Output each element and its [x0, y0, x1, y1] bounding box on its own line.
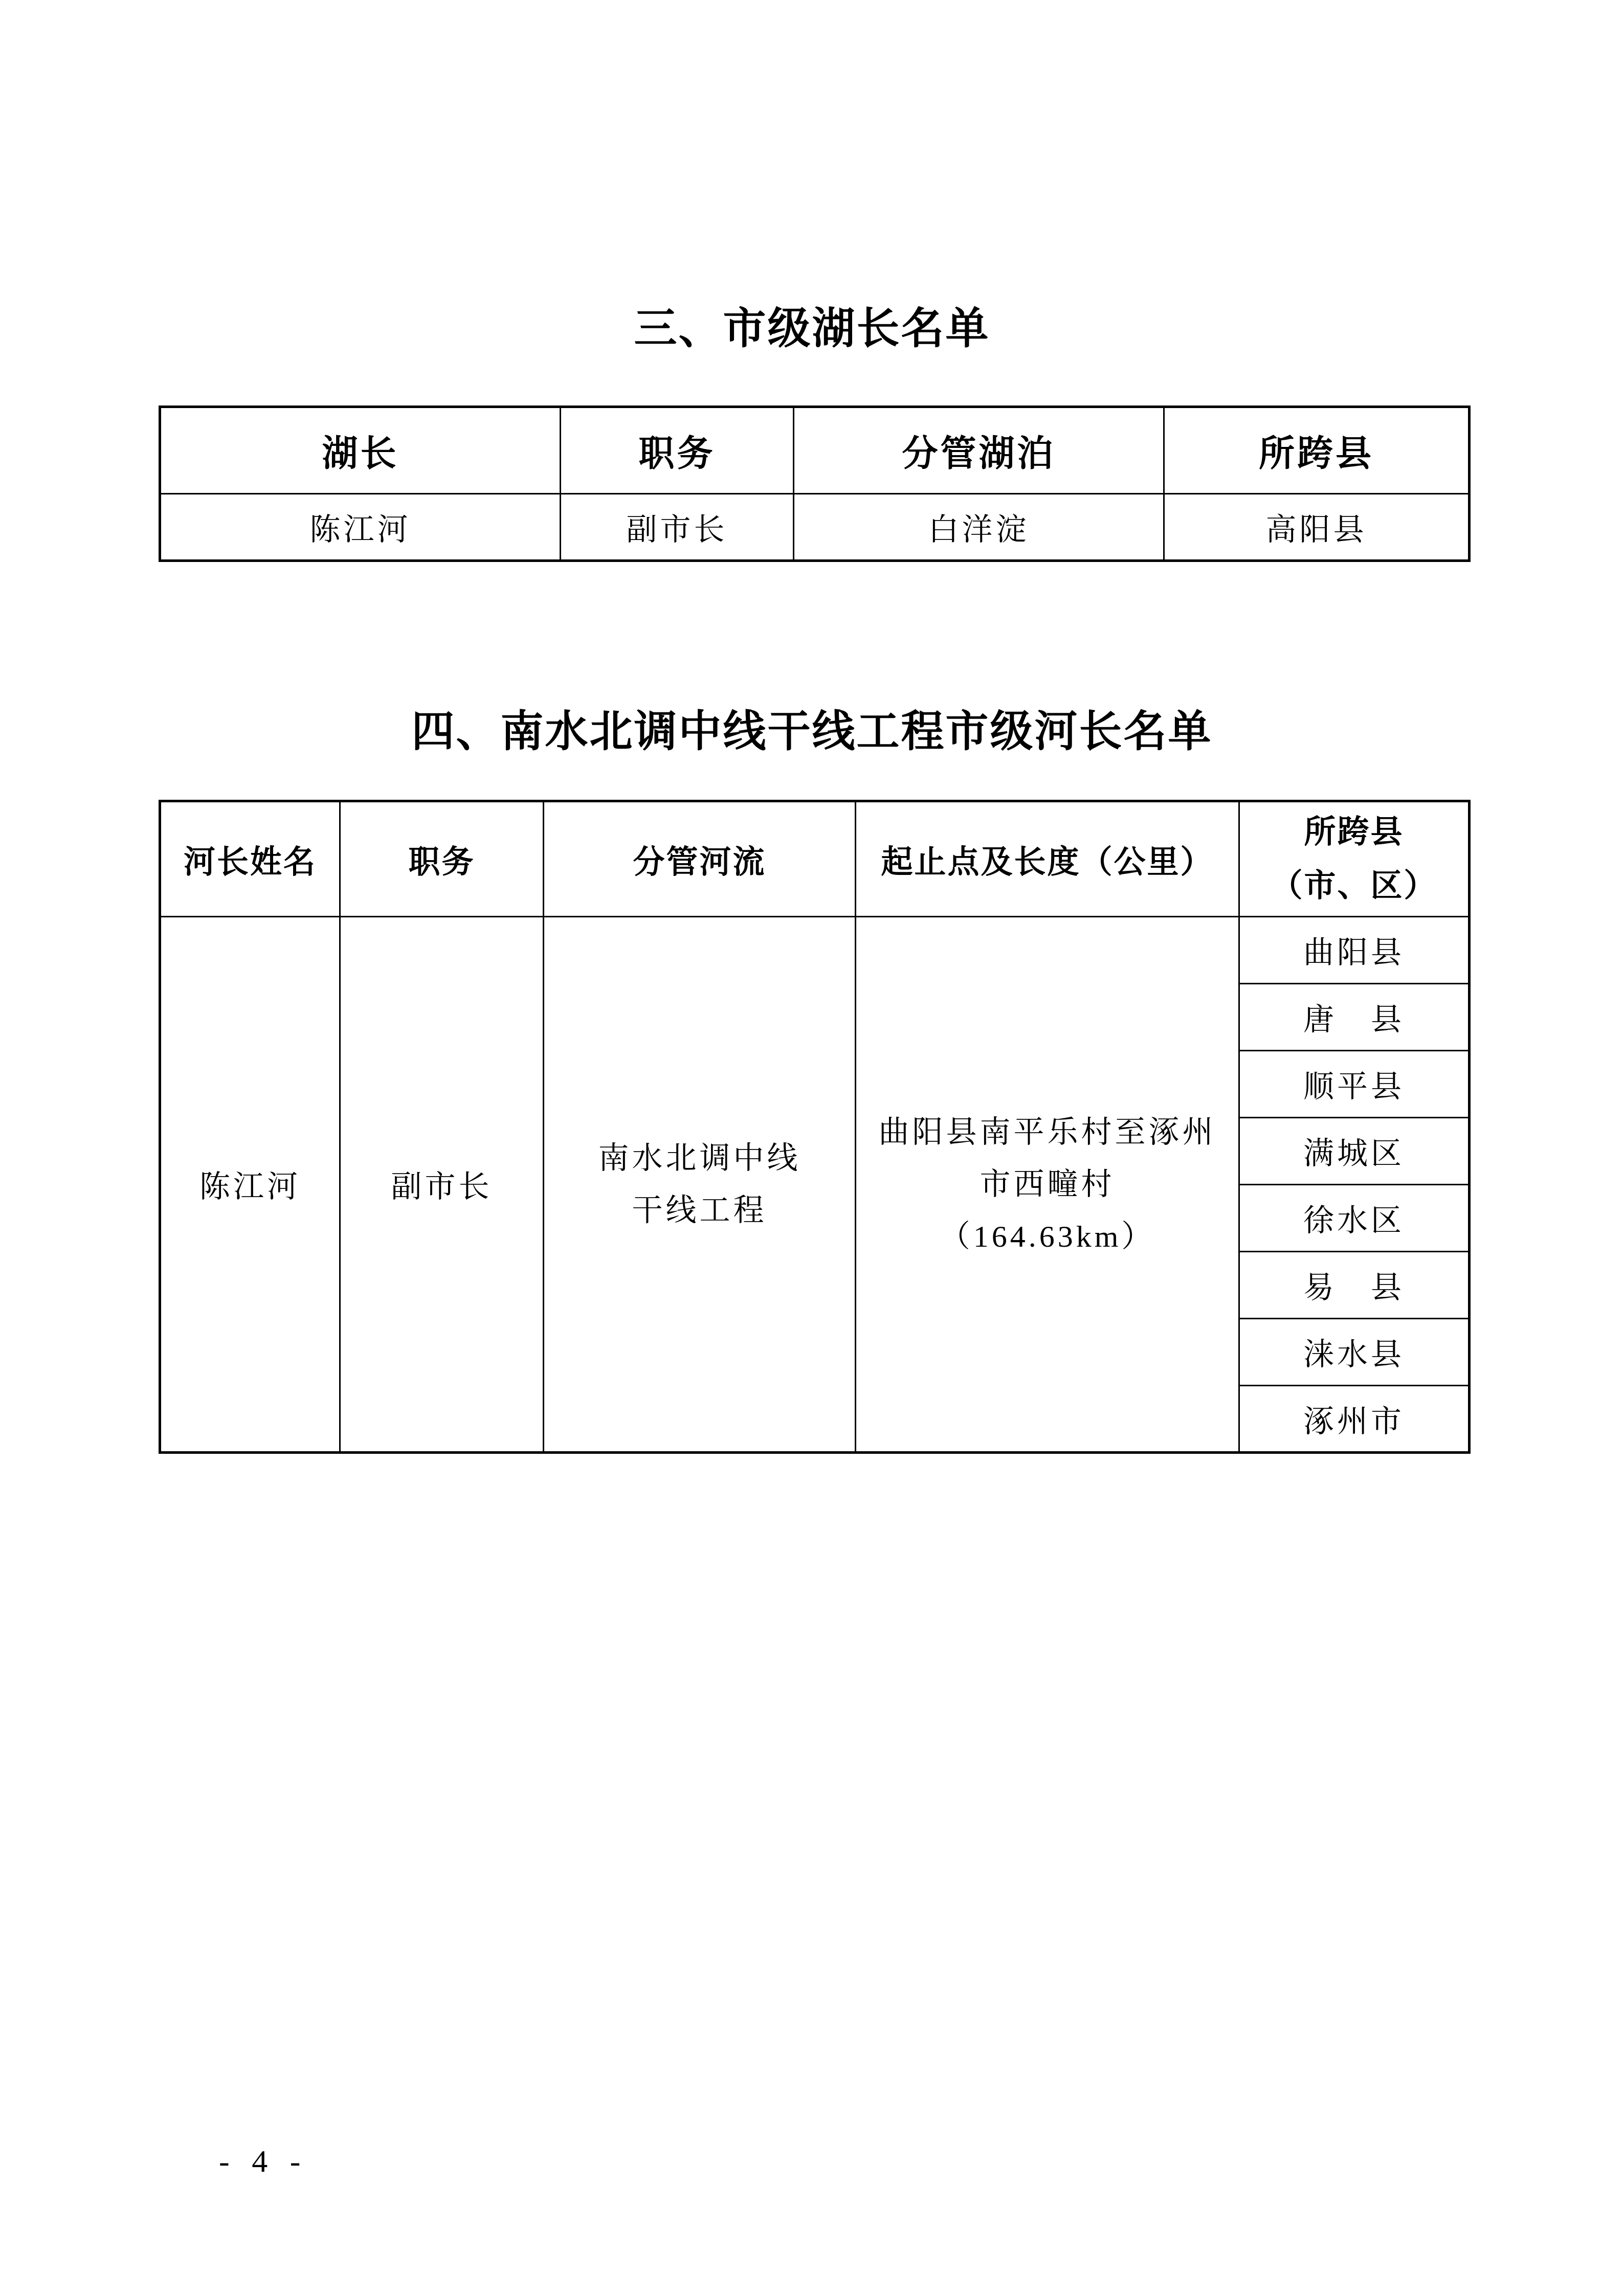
lake-header-lake: 分管湖泊 — [794, 407, 1164, 494]
section-river-title: 四、南水北调中线干线工程市级河长名单 — [0, 709, 1624, 754]
cell-county: 满城区 — [1239, 1118, 1470, 1185]
cell-river-extent: 曲阳县南平乐村至涿州 市西疃村 （164.63km） — [856, 917, 1239, 1453]
cell-county: 易 县 — [1239, 1252, 1470, 1319]
river-header-position: 职务 — [340, 801, 544, 917]
lake-header-county: 所跨县 — [1164, 407, 1470, 494]
section-lake-title: 三、市级湖长名单 — [0, 306, 1624, 351]
cell-county: 涞水县 — [1239, 1319, 1470, 1386]
cell-river-chief-name: 陈江河 — [160, 917, 340, 1453]
cell-river-chief-position: 副市长 — [340, 917, 544, 1453]
cell-lake-chief-name: 陈江河 — [160, 494, 561, 561]
lake-chiefs-table: 湖长 职务 分管湖泊 所跨县 陈江河 副市长 白洋淀 高阳县 — [159, 406, 1471, 562]
table-row: 陈江河 副市长 南水北调中线 干线工程 曲阳县南平乐村至涿州 市西疃村 （164… — [160, 917, 1470, 984]
river-header-extent: 起止点及长度（公里） — [856, 801, 1239, 917]
lake-header-position: 职务 — [561, 407, 794, 494]
lake-table-header-row: 湖长 职务 分管湖泊 所跨县 — [160, 407, 1470, 494]
river-table-header-row: 河长姓名 职务 分管河流 起止点及长度（公里） 所跨县 （市、区） — [160, 801, 1470, 917]
river-chiefs-table: 河长姓名 职务 分管河流 起止点及长度（公里） 所跨县 （市、区） 陈江河 副市… — [159, 800, 1471, 1454]
table-row: 陈江河 副市长 白洋淀 高阳县 — [160, 494, 1470, 561]
river-header-river: 分管河流 — [544, 801, 856, 917]
river-header-counties: 所跨县 （市、区） — [1239, 801, 1470, 917]
cell-lake-chief-position: 副市长 — [561, 494, 794, 561]
cell-lake-name: 白洋淀 — [794, 494, 1164, 561]
page-number: - 4 - — [219, 2144, 307, 2180]
cell-county: 顺平县 — [1239, 1051, 1470, 1118]
cell-county: 涿州市 — [1239, 1386, 1470, 1453]
river-header-name: 河长姓名 — [160, 801, 340, 917]
cell-county: 曲阳县 — [1239, 917, 1470, 984]
cell-county: 唐 县 — [1239, 984, 1470, 1051]
cell-lake-county: 高阳县 — [1164, 494, 1470, 561]
lake-header-chief: 湖长 — [160, 407, 561, 494]
cell-county: 徐水区 — [1239, 1185, 1470, 1252]
cell-river-name: 南水北调中线 干线工程 — [544, 917, 856, 1453]
document-page: 三、市级湖长名单 湖长 职务 分管湖泊 所跨县 陈江河 副市长 白洋淀 高阳县 … — [0, 0, 1624, 2296]
